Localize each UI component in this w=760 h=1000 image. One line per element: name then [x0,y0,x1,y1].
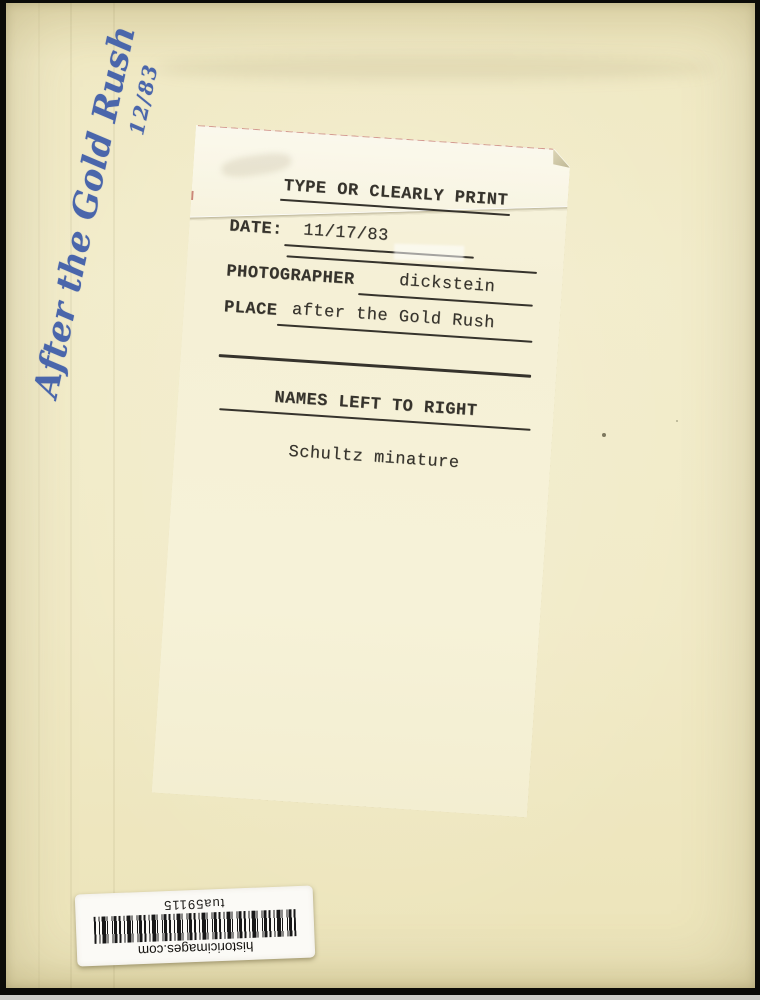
photographer-value: dickstein [398,272,495,297]
names-value: Schultz minature [288,443,460,473]
handwritten-caption: After the Gold Rush 12/83 [28,23,169,406]
barcode-sticker: tua59115 historicimages.com [75,885,316,966]
barcode-code: tua59115 [163,895,225,912]
date-value: 11/17/83 [303,221,390,246]
paper-crease [38,3,40,988]
scanned-photo-back: After the Gold Rush 12/83 TYPE OR CLEARL… [0,0,760,1000]
place-label: PLACE [223,298,278,321]
paper-speck [602,433,606,437]
photographer-underline [358,293,533,307]
names-header: NAMES LEFT TO RIGHT [274,389,478,421]
handwritten-caption-title: After the Gold Rush [26,22,144,401]
blank-rule [219,354,532,378]
paper-crease [70,3,72,988]
scan-edge-strip [0,995,760,1000]
paper-smudge [156,55,716,81]
paper-speck [676,420,678,422]
photographer-label: PHOTOGRAPHER [226,262,355,289]
date-label: DATE: [229,217,284,240]
correction-patch [394,244,464,262]
photo-info-card: TYPE OR CLEARLY PRINT DATE: 11/17/83 PHO… [152,125,572,817]
barcode [94,909,297,944]
photo-paper: After the Gold Rush 12/83 TYPE OR CLEARL… [6,3,755,988]
